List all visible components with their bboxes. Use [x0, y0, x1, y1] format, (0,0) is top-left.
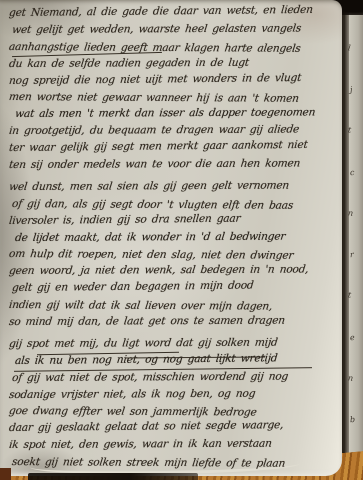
ink-mark: t	[348, 291, 361, 301]
handwritten-text-block: get Niemand, al die gade die daar van we…	[9, 5, 333, 471]
manuscript-line: so mind mij dan, de laat get ons te same…	[8, 312, 334, 331]
ink-mark: r	[350, 250, 363, 260]
manuscript-line: wel dunst, men sal sien als gij geen gel…	[8, 177, 334, 196]
manuscript-line: daar gij geslaakt gelaat dat so niet seg…	[8, 417, 334, 437]
manuscript-line: de lijdet maakt, dat ik wonder in 'd al …	[14, 228, 334, 247]
manuscript-line: liversoler is, indien gij so dra snellen…	[8, 209, 334, 229]
manuscript-line: gelt gij en weder dan begagen in mijn do…	[11, 277, 334, 297]
ink-mark: c	[350, 167, 363, 177]
manuscript-page: get Niemand, al die gade die daar van we…	[0, 0, 342, 476]
manuscript-line: wat als men 't merkt dan isser als dappe…	[14, 105, 334, 124]
ink-mark: b	[350, 414, 363, 424]
book-bottom-shadow	[28, 473, 198, 480]
manuscript-line: nog spreijd die nog niet uijt met wonder…	[8, 69, 334, 89]
manuscript-line: soekt gij niet solken streek mijn liefde…	[11, 454, 334, 473]
manuscript-line: ik spot niet, den gewis, waar in ik kan …	[8, 436, 334, 455]
ink-mark: t	[348, 126, 361, 136]
facing-page-ink-marks: l j t c n r t e n b	[348, 44, 360, 424]
table-corner-shadow	[0, 468, 11, 480]
ink-mark: n	[348, 208, 361, 218]
ink-mark: l	[348, 43, 361, 53]
ink-mark: j	[350, 85, 363, 95]
manuscript-line: ter waar gelijk gij segt men merkt gaar …	[8, 137, 334, 157]
manuscript-line: get Niemand, al die gade die daar van we…	[8, 2, 334, 22]
manuscript-line: wet gelijt get wedden, waarste heel gela…	[11, 20, 334, 39]
ink-mark: e	[350, 332, 363, 342]
manuscript-line: sodanige vrijster niet, als ik nog ben, …	[8, 385, 334, 404]
manuscript-photo: l j t c n r t e n b get Niemand, al die …	[0, 0, 363, 480]
ink-mark: n	[348, 373, 361, 383]
manuscript-line: ten sij onder medels wan te voor die aan…	[8, 155, 334, 174]
